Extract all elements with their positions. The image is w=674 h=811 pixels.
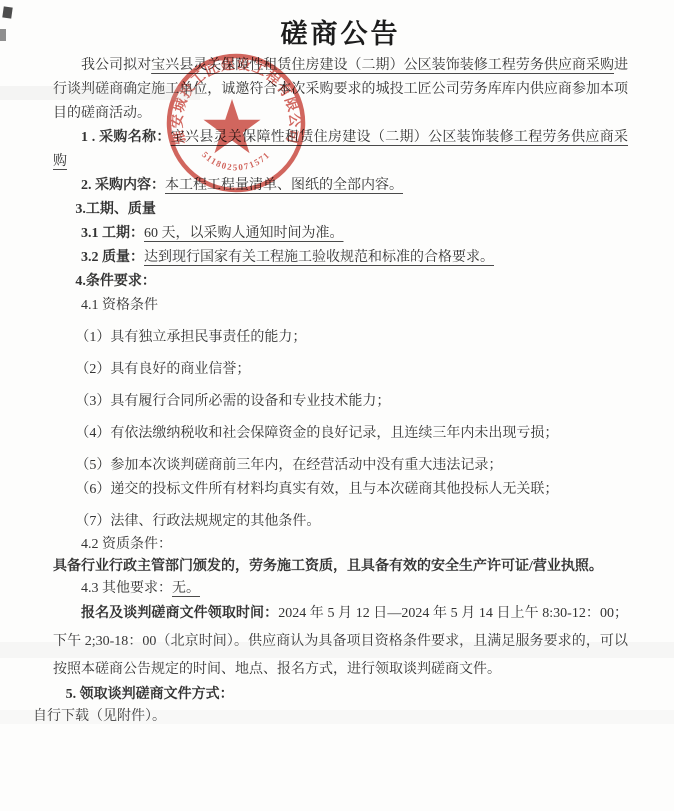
scan-speck xyxy=(0,29,6,41)
duration-value: 60 天，以采购人通知时间为准。 xyxy=(144,226,344,241)
item-duration: 3.1 工期：60 天，以采购人通知时间为准。 xyxy=(53,222,628,246)
quality-label: 3.2 质量： xyxy=(81,250,144,265)
intro-paragraph: 我公司拟对宝兴县灵关保障性租赁住房建设（二期）公区装饰装修工程劳务供应商采购进行… xyxy=(53,54,628,126)
intro-lead: 我公司拟对 xyxy=(81,58,151,73)
condition-item-4: （4）有依法缴纳税收和社会保障资金的良好记录，且连续三年内未出现亏损； xyxy=(53,422,628,445)
signup-time-label: 报名及谈判磋商文件领取时间： xyxy=(81,606,278,621)
duration-label: 3.1 工期： xyxy=(81,226,144,241)
other-requirements-value: 无。 xyxy=(172,581,200,596)
section4-sub2-body: 具备行业行政主管部门颁发的，劳务施工资质，且具备有效的安全生产许可证/营业执照。 xyxy=(53,556,628,578)
other-requirements-label: 4.3 其他要求： xyxy=(81,581,172,596)
quality-value: 达到现行国家有关工程施工验收规范和标准的合格要求。 xyxy=(144,250,494,265)
condition-item-5: （5）参加本次谈判磋商前三年内，在经营活动中没有重大违法记录； xyxy=(53,454,628,477)
purchase-content-label: 2. 采购内容： xyxy=(81,178,165,193)
condition-item-6: （6）递交的投标文件所有材料均真实有效，且与本次磋商其他投标人无关联； xyxy=(53,478,628,501)
item-purchase-content: 2. 采购内容：本工程工程量清单、图纸的全部内容。 xyxy=(53,174,628,198)
scan-speck xyxy=(2,6,12,18)
section4-sub2-heading: 4.2 资质条件： xyxy=(53,533,628,556)
item-quality: 3.2 质量：达到现行国家有关工程施工验收规范和标准的合格要求。 xyxy=(53,246,628,270)
condition-item-3: （3）具有履行合同所必需的设备和专业技术能力； xyxy=(53,390,628,413)
purchase-content-value: 本工程工程量清单、图纸的全部内容。 xyxy=(165,178,403,193)
section5-value: 自行下载（见附件）。 xyxy=(33,706,628,728)
page-title: 磋商公告 xyxy=(53,14,628,54)
section4-sub3: 4.3 其他要求：无。 xyxy=(53,578,628,600)
section4-sub1-heading: 4.1 资格条件 xyxy=(53,294,628,318)
condition-item-2: （2）具有良好的商业信誉； xyxy=(53,358,628,381)
purchase-name-label: 1 . 采购名称： xyxy=(81,130,171,145)
signup-paragraph: 报名及谈判磋商文件领取时间：2024 年 5 月 12 日—2024 年 5 月… xyxy=(53,600,628,684)
section3-heading: 3.工期、质量 xyxy=(53,198,628,222)
intro-project-name: 宝兴县灵关保障性租赁住房建设（二期）公区装饰装修工程劳务供应商采购 xyxy=(151,58,614,73)
condition-item-1: （1）具有独立承担民事责任的能力； xyxy=(53,326,628,349)
item-purchase-name: 1 . 采购名称：宝兴县灵关保障性租赁住房建设（二期）公区装饰装修工程劳务供应商… xyxy=(53,126,628,174)
section4-heading: 4.条件要求： xyxy=(53,270,628,294)
condition-item-7: （7）法律、行政法规规定的其他条件。 xyxy=(53,510,628,533)
section5-heading: 5. 领取谈判磋商文件方式： xyxy=(53,684,628,706)
announcement-page: 磋商公告 我公司拟对宝兴县灵关保障性租赁住房建设（二期）公区装饰装修工程劳务供应… xyxy=(0,0,674,811)
